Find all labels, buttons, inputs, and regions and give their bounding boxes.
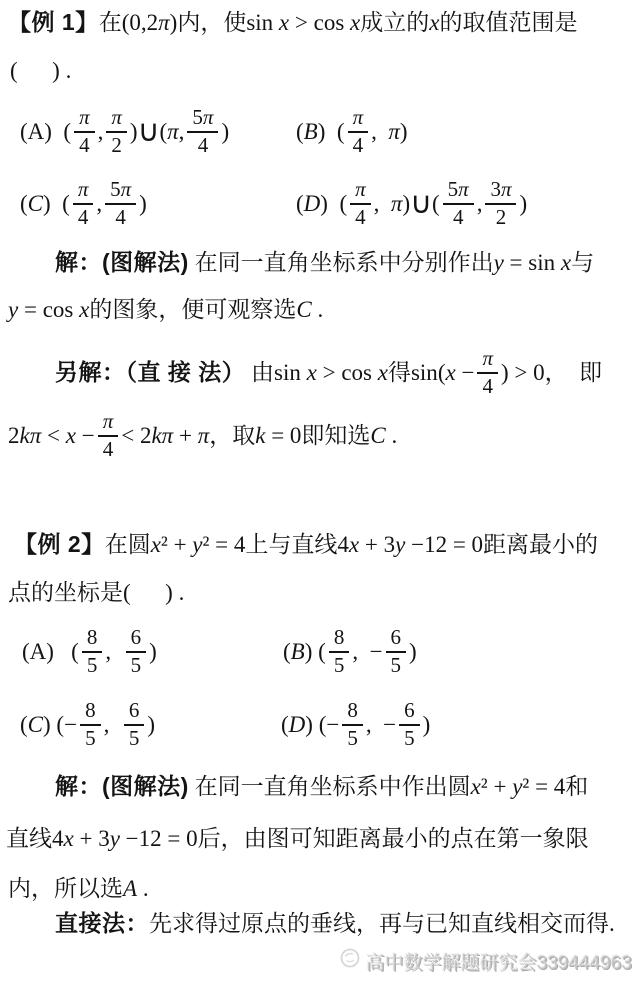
example2-direct-method-line: 直接法：先求得过原点的垂线，再与已知直线相交而得.: [55, 909, 615, 939]
example1-solution-line1: 解：(图解法) 在同一直角坐标系中分别作出y = sin x与: [55, 248, 594, 278]
example1-option-a: (A) (π4,π2)∪(π,5π4): [20, 106, 229, 157]
example2-option-d: (D) (−85, −65): [281, 699, 430, 750]
example2-option-c: (C) (−85, 65): [20, 699, 155, 750]
document-page: 【例 1】在(0,2π)内，使sin x > cos x成立的x的取值范围是 (…: [0, 0, 640, 984]
example2-option-b: (B) (85, −65): [283, 626, 417, 677]
example1-alt-solution-line2: 2kπ < x −π4< 2kπ + π，取k = 0即知选C .: [8, 410, 397, 461]
example2-answer-blank: 点的坐标是( ) .: [8, 578, 184, 608]
example2-option-a: (A) (85, 65): [22, 626, 157, 677]
example1-answer-blank: ( ) .: [10, 56, 71, 86]
example2-title-line: 【例 2】在圆x² + y² = 4上与直线4x + 3y −12 = 0距离最…: [14, 530, 598, 560]
watermark-text: 高中数学解题研究会339444963: [366, 948, 632, 975]
example2-solution-line1: 解：(图解法) 在同一直角坐标系中作出圆x² + y² = 4和: [55, 772, 588, 802]
example1-alt-solution-line1: 另解：（直 接 法） 由sin x > cos x得sin(x −π4) > 0…: [55, 347, 602, 398]
example2-solution-line3: 内，所以选A .: [8, 874, 149, 904]
example1-option-d: (D) (π4, π)∪(5π4,3π2): [296, 178, 527, 229]
example1-solution-line2: y = cos x的图象，便可观察选C .: [8, 295, 323, 325]
example2-solution-line2: 直线4x + 3y −12 = 0后，由图可知距离最小的点在第一象限: [6, 824, 589, 854]
watermark: 高中数学解题研究会339444963: [339, 947, 632, 975]
circle-logo-icon: [339, 947, 361, 975]
example1-option-b: (B) (π4, π): [296, 106, 408, 157]
example1-option-c: (C) (π4,5π4): [20, 178, 147, 229]
example1-title-line: 【例 1】在(0,2π)内，使sin x > cos x成立的x的取值范围是: [8, 8, 577, 38]
